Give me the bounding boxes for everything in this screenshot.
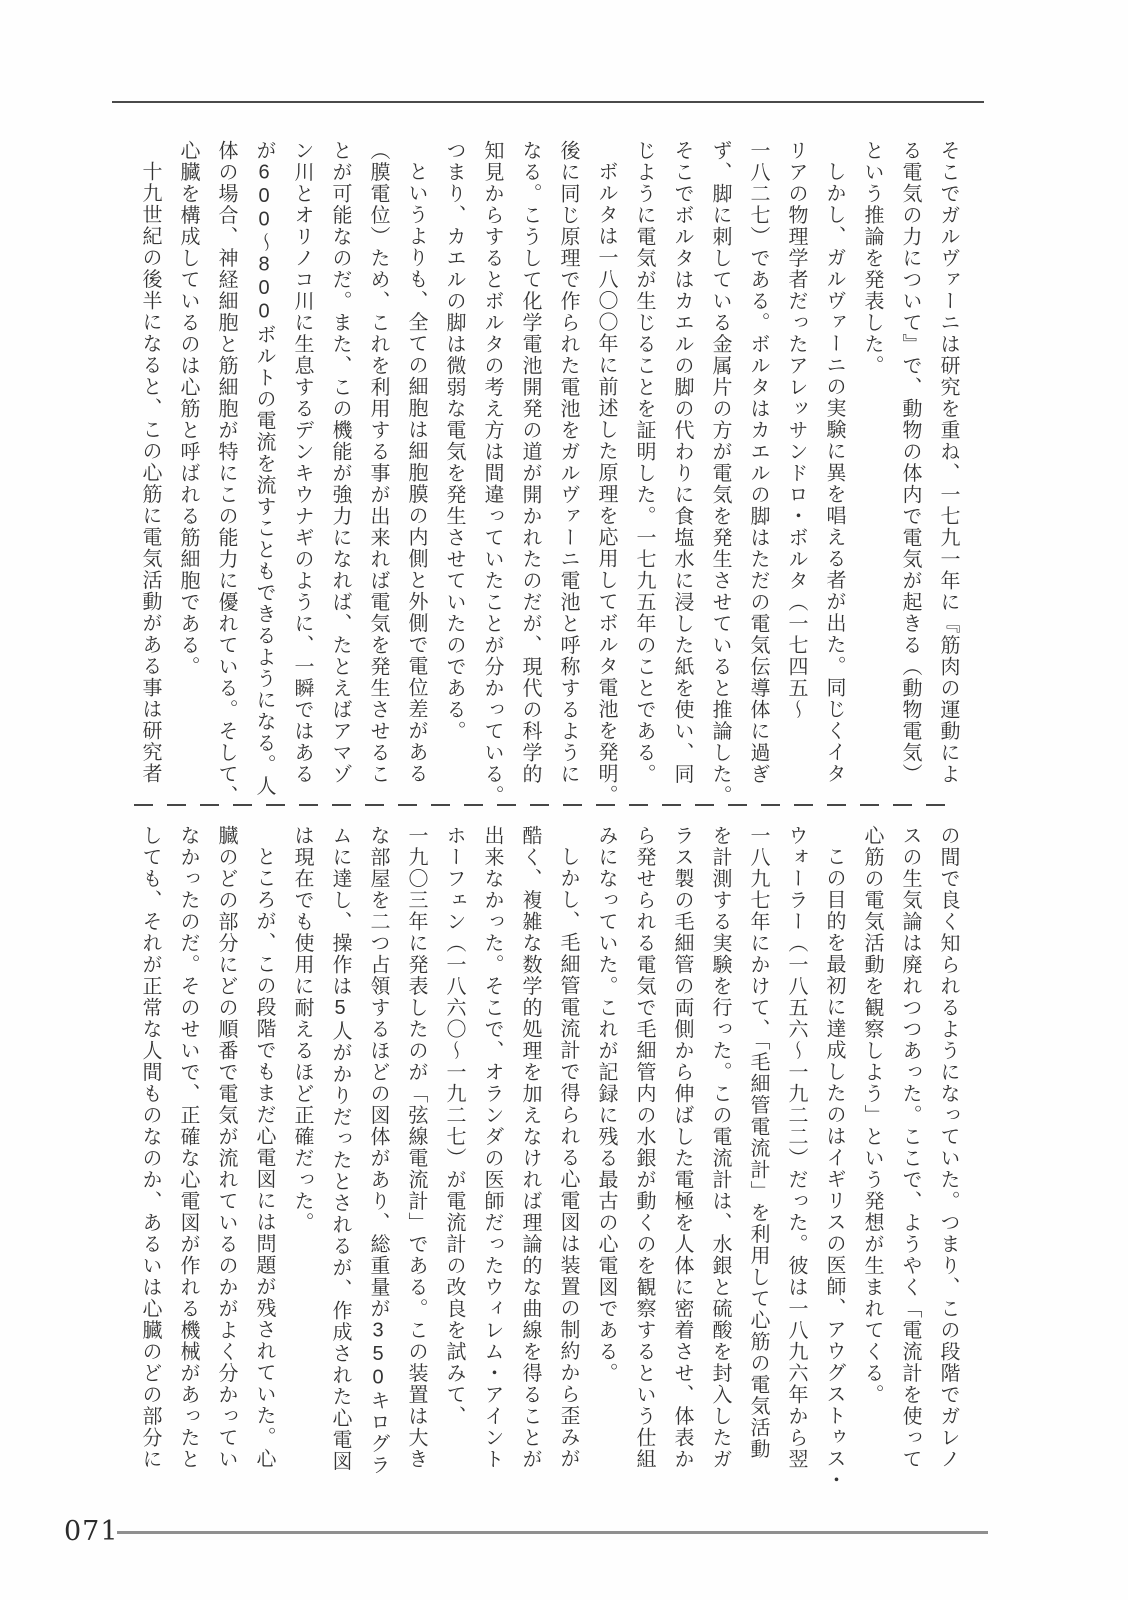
text-column: そこでボルタはカエルの脚の代わりに食塩水に浸した紙を使い、同 [663,140,701,792]
text-column: ン川とオリノコ川に生息するデンキウナギのように、一瞬ではある [283,140,321,792]
text-column: ラス製の毛細管の両側から伸ばした電極を人体に密着させ、体表か [663,825,701,1477]
text-column: 体の場合、神経細胞と筋細胞が特にこの能力に優れている。そして、 [207,140,245,792]
text-column: リアの物理学者だったアレッサンドロ・ボルタ（一七四五～ [777,140,815,792]
text-column: 後に同じ原理で作られた電池をガルヴァーニ電池と呼称するように [549,140,587,792]
text-column: は現在でも使用に耐えるほど正確だった。 [283,825,321,1477]
article-top-section: そこでガルヴァーニは研究を重ね、一七九一年に『筋肉の運動による電気の力について』… [129,140,967,792]
article-bottom-section: の間で良く知られるようになっていた。つまり、この段階でガレノスの生気論は廃れつつ… [129,825,967,1477]
text-column: ホーフェン（一八六〇～一九二七）が電流計の改良を試みて、 [435,825,473,1477]
text-column: を計測する実験を行った。この電流計は、水銀と硫酸を封入したガ [701,825,739,1477]
text-column: 一八二七）である。ボルタはカエルの脚はただの電気伝導体に過ぎ [739,140,777,792]
section-divider-dashed [134,804,958,806]
text-column: 臓のどの部分にどの順番で電気が流れているのかがよく分かってい [207,825,245,1477]
header-rule [112,101,984,103]
text-column: （膜電位）ため、これを利用する事が出来れば電気を発生させるこ [359,140,397,792]
text-column: 十九世紀の後半になると、この心筋に電気活動がある事は研究者 [131,140,169,792]
text-column: この目的を最初に達成したのはイギリスの医師、アウグストゥス・ [815,825,853,1477]
text-column: なかったのだ。そのせいで、正確な心電図が作れる機械があったと [169,825,207,1477]
text-column: そこでガルヴァーニは研究を重ね、一七九一年に『筋肉の運動によ [929,140,967,792]
text-column: な部屋を二つ占領するほどの図体があり、総重量が350キログラ [359,825,397,1477]
text-column: とが可能なのだ。また、この機能が強力になれば、たとえばアマゾ [321,140,359,792]
text-column: というよりも、全ての細胞は細胞膜の内側と外側で電位差がある [397,140,435,792]
text-column: る電気の力について』で、動物の体内で電気が起きる（動物電気） [891,140,929,792]
text-column: つまり、カエルの脚は微弱な電気を発生させていたのである。 [435,140,473,792]
text-column: 出来なかった。そこで、オランダの医師だったウィレム・アイント [473,825,511,1477]
text-column: しかし、ガルヴァーニの実験に異を唱える者が出た。同じくイタ [815,140,853,792]
text-column: 心筋の電気活動を観察しよう」という発想が生まれてくる。 [853,825,891,1477]
text-column: ところが、この段階でもまだ心電図には問題が残されていた。心 [245,825,283,1477]
text-column: なる。こうして化学電池開発の道が開かれたのだが、現代の科学的 [511,140,549,792]
text-column: ず、脚に刺している金属片の方が電気を発生させていると推論した。 [701,140,739,792]
text-column: みになっていた。これが記録に残る最古の心電図である。 [587,825,625,1477]
text-column: 一九〇三年に発表したのが「弦線電流計」である。この装置は大き [397,825,435,1477]
text-column: しても、それが正常な人間ものなのか、あるいは心臓のどの部分に [131,825,169,1477]
text-column: 心臓を構成しているのは心筋と呼ばれる筋細胞である。 [169,140,207,792]
text-column: 酷く、複雑な数学的処理を加えなければ理論的な曲線を得ることが [511,825,549,1477]
text-column: 一八九七年にかけて、「毛細管電流計」を利用して心筋の電気活動 [739,825,777,1477]
text-column: ら発せられる電気で毛細管内の水銀が動くのを観察するという仕組 [625,825,663,1477]
text-column: が600～800ボルトの電流を流すこともできるようになる。人 [245,140,283,792]
text-column: ウォーラー（一八五六～一九二二）だった。彼は一八九六年から翌 [777,825,815,1477]
text-column: ムに達し、操作は5人がかりだったとされるが、作成された心電図 [321,825,359,1477]
text-column: という推論を発表した。 [853,140,891,792]
footer-rule [117,1531,988,1534]
text-column: スの生気論は廃れつつあった。ここで、ようやく「電流計を使って [891,825,929,1477]
text-column: じように電気が生じることを証明した。一七九五年のことである。 [625,140,663,792]
text-column: 知見からするとボルタの考え方は間違っていたことが分かっている。 [473,140,511,792]
text-column: ボルタは一八〇〇年に前述した原理を応用してボルタ電池を発明。 [587,140,625,792]
text-column: の間で良く知られるようになっていた。つまり、この段階でガレノ [929,825,967,1477]
text-column: しかし、毛細管電流計で得られる心電図は装置の制約から歪みが [549,825,587,1477]
page-number: 071 [64,1516,119,1547]
